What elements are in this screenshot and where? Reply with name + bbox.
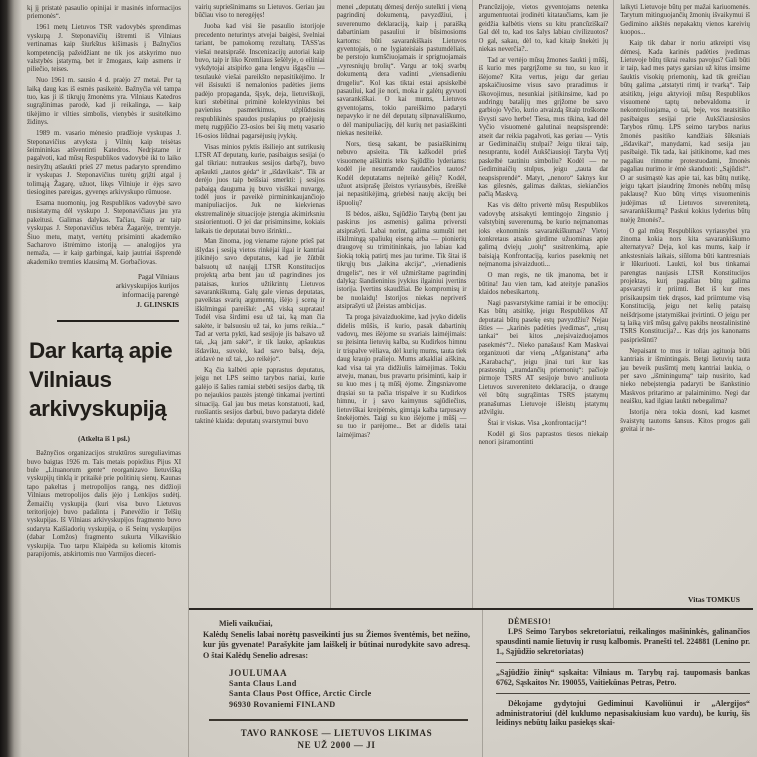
paragraph: laikyti Lietuvoje būtų per mažai kariuom… (620, 4, 750, 38)
address-line: Santa Claus Post Office, Arctic Circle (229, 689, 470, 700)
footer-notices: Mieli vaikučiai, Kalėdų Senelis labai no… (189, 610, 755, 757)
paragraph: Istorija nėra tokia dosni, kad kasmet šv… (620, 409, 750, 434)
address-line: 96930 Rovaniemi FINLAND (229, 700, 470, 711)
paragraph: kį jį pristatė pasaulio opinijai ir masi… (27, 5, 181, 22)
column-3-text: menei „deputatų dėmesį derėjo sutelkti į… (337, 4, 467, 608)
santa-address: JOULUMAASanta Claus LandSanta Claus Post… (229, 668, 470, 710)
notices-column: DĖMESIO! LPS Seimo Tarybos sekretoriatui… (482, 610, 755, 757)
demesio-title: DĖMESIO! (508, 617, 750, 627)
paragraph: Tad ar vertėjo mūsų žmones šaukti į mūšį… (479, 57, 609, 200)
column-1: kį jį pristatė pasaulio opinijai ir masi… (24, 0, 188, 757)
byline-line: informaciją parengė (27, 291, 179, 300)
paragraph: Visas minios pyktis išsiliejo ant sutrik… (195, 144, 325, 236)
address-line: JOULUMAA (229, 668, 470, 679)
paragraph: Man žinoma, jog viename rajone prieš pat… (195, 238, 325, 364)
paragraph: Štai ir viskas. Visa „konfrontacija“! (479, 420, 609, 428)
santa-letter-text: Kalėdų Senelis labai norėtų pasveikinti … (203, 630, 470, 662)
headline: Dar kartą apie Vilniaus arkivyskupiją (29, 336, 181, 423)
column-5-text: laikyti Lietuvoje būtų per mažai kariuom… (620, 4, 750, 590)
address-line: Santa Claus Land (229, 679, 470, 690)
slogan-line-1: TAVO RANKOSE — LIETUVOS LIKIMAS (203, 727, 470, 740)
paragraph: 1961 metų Lietuvos TSR vadovybės sprendi… (27, 24, 181, 74)
column-4: Prancūzijoje, vietos gyventojams netenka… (473, 0, 614, 608)
paragraph: O man regis, ne tik įmanoma, bet ir būti… (479, 272, 609, 297)
paragraph: Ta proga įsivaizduokime, kad įvyko didel… (337, 314, 467, 440)
paragraph: Prancūzijoje, vietos gyventojams netenka… (479, 4, 609, 54)
byline-author: J. GLINSKIS (27, 300, 179, 310)
column-2: vairių supriešinimams su Lietuvos. Geria… (189, 0, 330, 608)
santa-salutation: Mieli vaikučiai, (203, 619, 470, 630)
article-continuation-top: kį jį pristatė pasaulio opinijai ir masi… (27, 5, 181, 270)
page-content: kį jį pristatė pasaulio opinijai ir masi… (24, 0, 755, 757)
paragraph: Nuo 1961 m. sausio 4 d. praėjo 27 metai.… (27, 77, 181, 127)
newspaper-page: kį jį pristatė pasaulio opinijai ir masi… (0, 0, 757, 757)
paragraph: Iš bėdos, aišku, Sąjūdžio Tarybą (bent j… (337, 211, 467, 312)
column-5: laikyti Lietuvoje būtų per mažai kariuom… (614, 0, 755, 608)
continued-from-note: (Atkelta iš 1 psl.) (27, 435, 181, 443)
author-signature: Vitas TOMKUS (620, 590, 750, 608)
paragraph: Kodėl gi šios paprastos tiesos niekaip n… (479, 431, 609, 448)
paragraph: Kas vis dėlto privertė mūsų Respublikos … (479, 202, 609, 269)
section-divider (57, 320, 179, 323)
account-note: „Sąjūdžio žinių“ sąskaita: Vilniaus m. T… (496, 668, 750, 688)
scan-edge-shadow (0, 0, 22, 757)
slogan-line-2: NE UŽ 2000 — JI (203, 739, 470, 752)
paragraph: Juoba kad visi šie pasaulio istorijoje p… (195, 23, 325, 141)
slogan-divider (209, 719, 468, 721)
article-body-column-1: Bažnyčios organizacijos struktūros sureg… (27, 450, 181, 757)
column-4-text: Prancūzijoje, vietos gyventojams netenka… (479, 4, 609, 608)
byline-line: Pagal Vilniaus (27, 273, 179, 282)
paragraph: 1989 m. vasario mėnesio pradžioje vyskup… (27, 130, 181, 197)
paragraph: O gal mūsų Respublikos vyriausybei yra ž… (620, 228, 750, 346)
column-2-text: vairių supriešinimams su Lietuvos. Geria… (195, 4, 325, 608)
paragraph: Esama nuomonių, jog Respublikos vadovybė… (27, 200, 181, 267)
right-section: vairių supriešinimams su Lietuvos. Geria… (189, 0, 755, 757)
paragraph: Nagi pasvarstykime ramiai ir be emocijų:… (479, 300, 609, 418)
byline-line: arkivyskupijos kurijos (27, 282, 179, 291)
paragraph: Nepaisant to mus ir toliau agituoja būti… (620, 348, 750, 407)
demesio-body: LPS Seimo Tarybos sekretoriatui, reikali… (496, 627, 750, 657)
paragraph: Bažnyčios organizacijos struktūros sureg… (27, 450, 181, 559)
paragraph: Kaip tik dabar ir noriu atkreipti visų d… (620, 40, 750, 225)
column-3: menei „deputatų dėmesį derėjo sutelkti į… (331, 0, 472, 608)
notice-divider (496, 693, 750, 694)
paragraph: vairių supriešinimams su Lietuvos. Geria… (195, 4, 325, 21)
paragraph: menei „deputatų dėmesį derėjo sutelkti į… (337, 4, 467, 139)
byline-block: Pagal Vilniausarkivyskupijos kurijosinfo… (27, 273, 179, 300)
paragraph: Ką čia kalbėti apie paprastus deputatus,… (195, 367, 325, 426)
notice-divider (496, 662, 750, 663)
thanks-note: Dėkojame gydytojui Gediminui Kavoliūnui … (496, 699, 750, 729)
text-columns: vairių supriešinimams su Lietuvos. Geria… (189, 0, 755, 608)
santa-claus-notice: Mieli vaikučiai, Kalėdų Senelis labai no… (189, 610, 482, 757)
paragraph: Nors, tiesą sakant, be pasiaiškinimų neb… (337, 141, 467, 208)
